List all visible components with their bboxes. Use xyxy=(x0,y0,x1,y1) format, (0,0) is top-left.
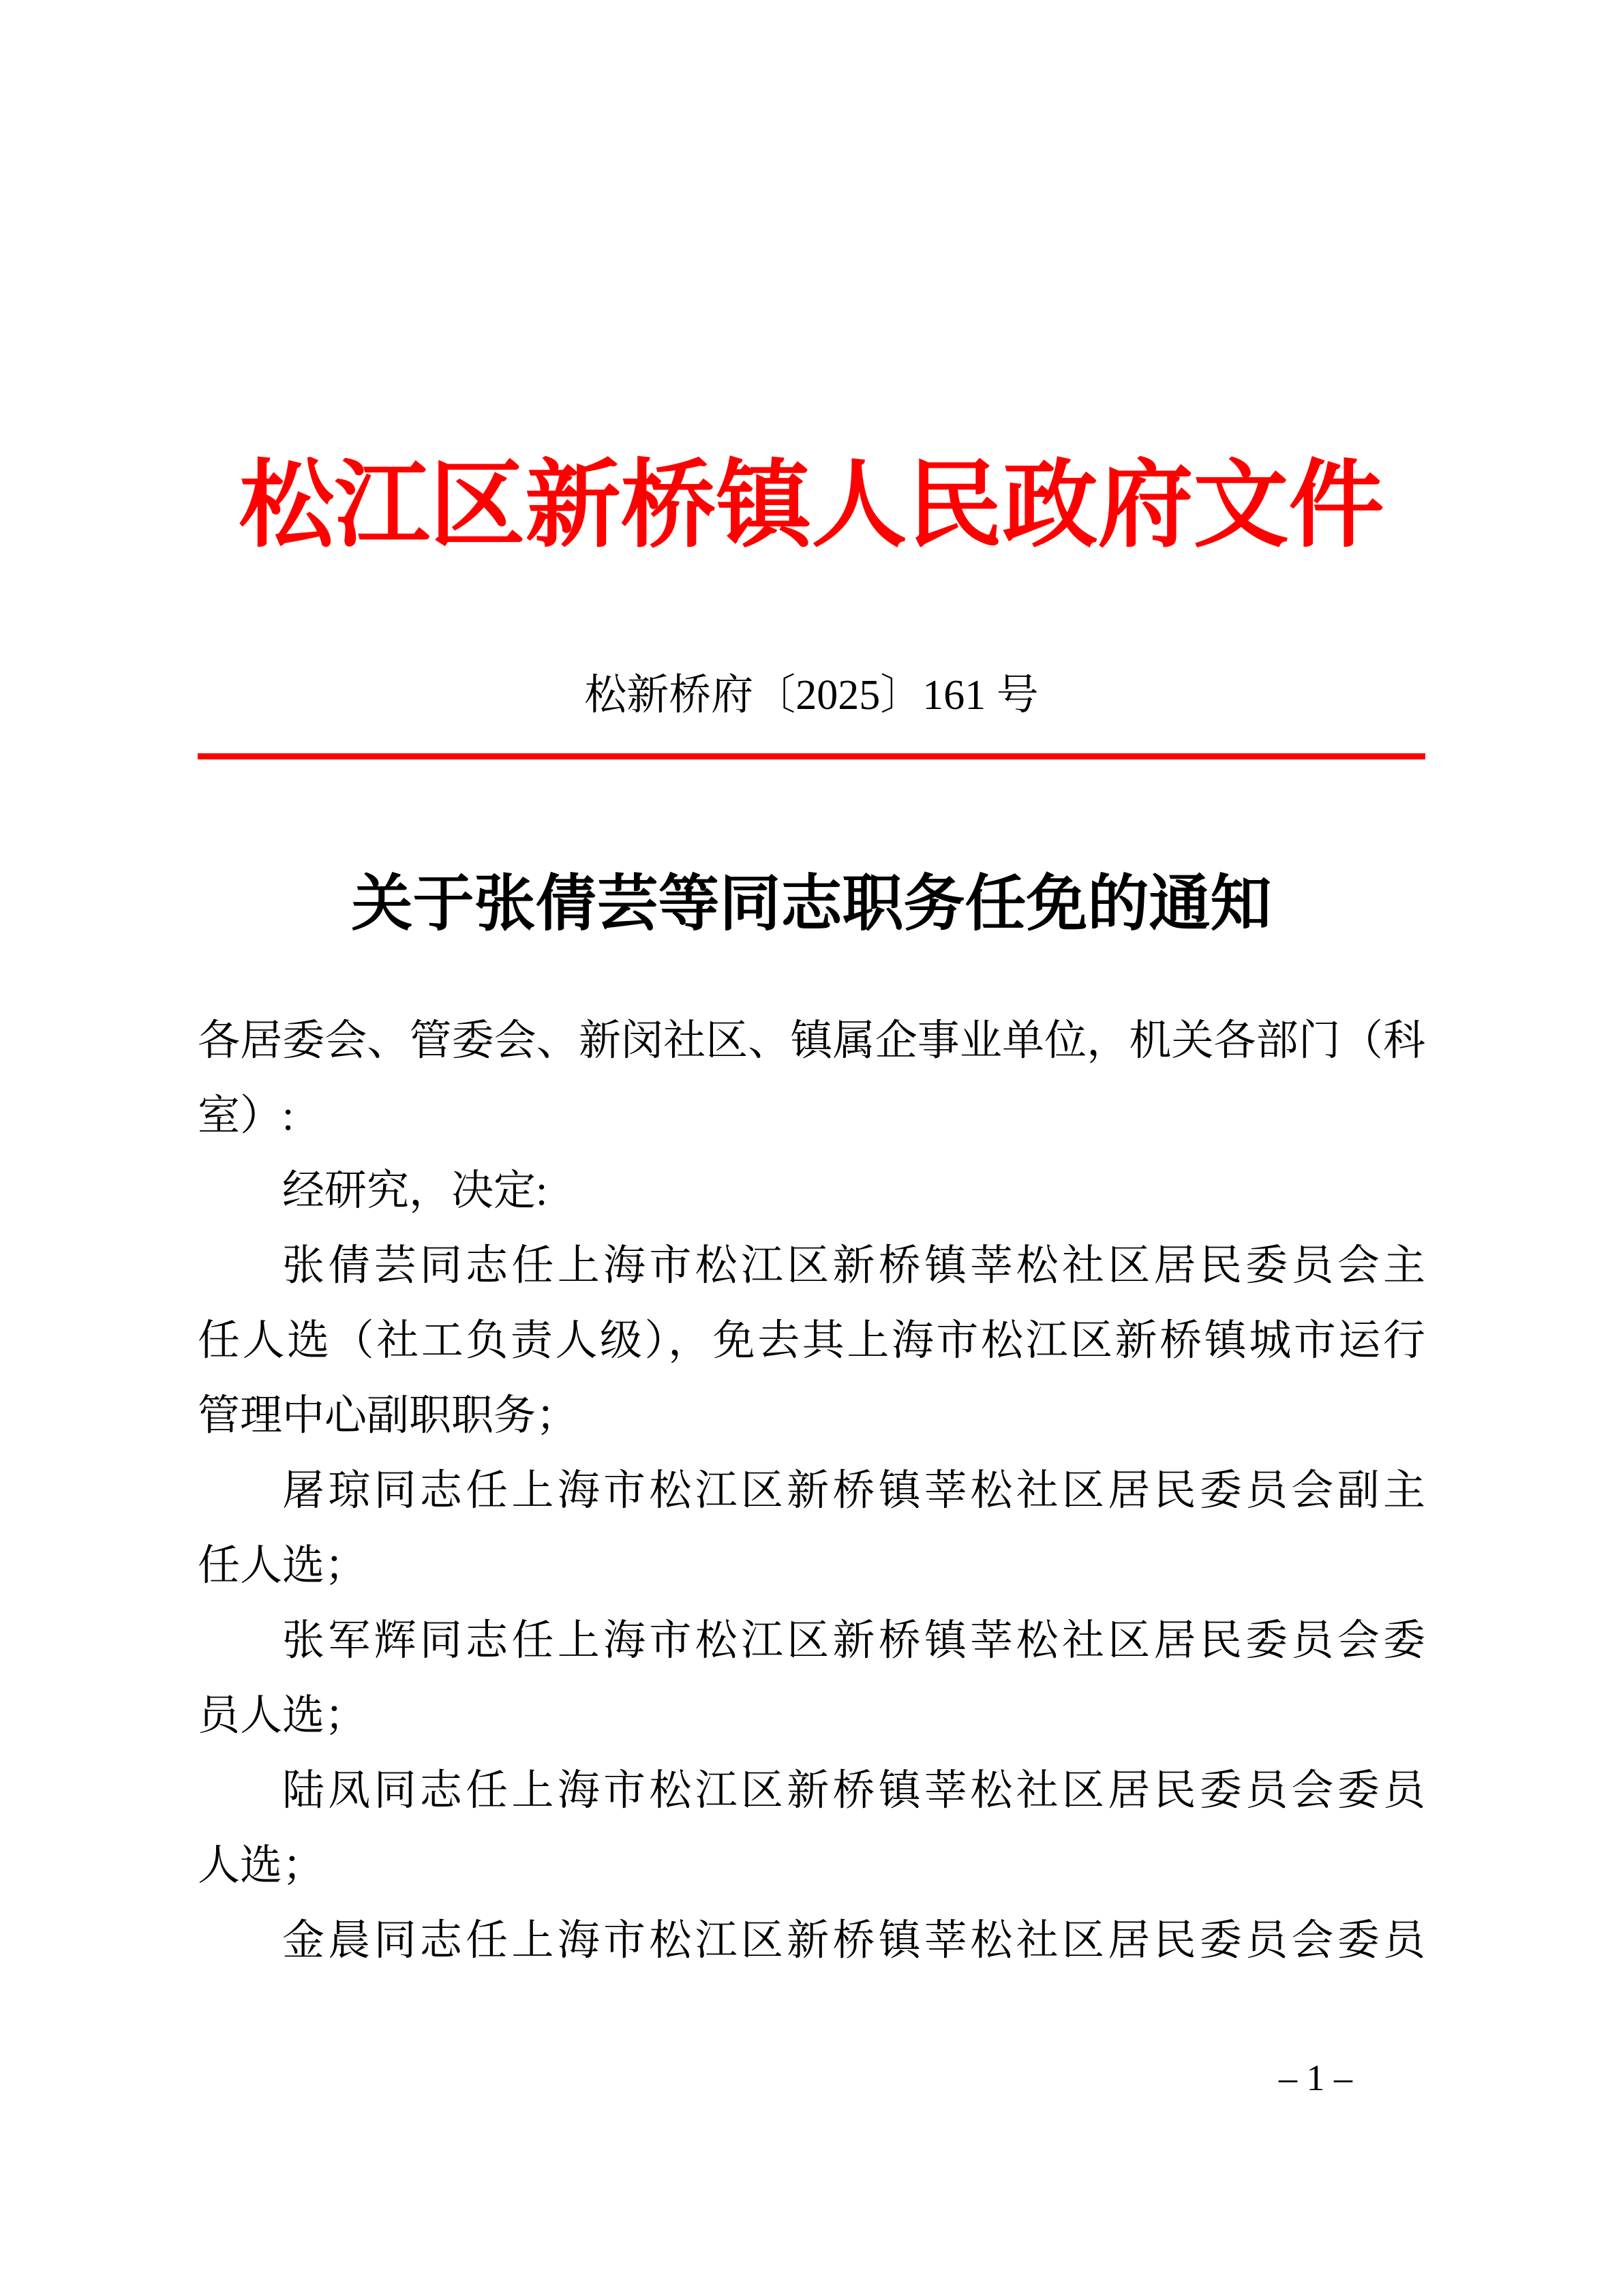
document-line: 管理中心副职职务； xyxy=(198,1378,1425,1453)
document-line: 任人选（社工负责人级），免去其上海市松江区新桥镇城市运行 xyxy=(198,1303,1425,1378)
document-line: 员人选； xyxy=(198,1678,1425,1753)
document-line: 室）: xyxy=(198,1078,1425,1153)
document-line: 任人选； xyxy=(198,1528,1425,1603)
document-line: 张倩芸同志任上海市松江区新桥镇莘松社区居民委员会主 xyxy=(198,1228,1425,1303)
document-line: 人选； xyxy=(198,1828,1425,1903)
document-page: 松江区新桥镇人民政府文件 松新桥府〔2025〕161 号 关于张倩芸等同志职务任… xyxy=(0,0,1623,2296)
masthead-divider-line xyxy=(198,753,1425,759)
document-line: 金晨同志任上海市松江区新桥镇莘松社区居民委员会委员 xyxy=(198,1903,1425,1978)
document-line: 屠琼同志任上海市松江区新桥镇莘松社区居民委员会副主 xyxy=(198,1453,1425,1528)
document-line: 张军辉同志任上海市松江区新桥镇莘松社区居民委员会委 xyxy=(198,1603,1425,1678)
notice-title: 关于张倩芸等同志职务任免的通知 xyxy=(0,860,1623,949)
document-line: 各居委会、管委会、新闵社区、镇属企事业单位，机关各部门（科 xyxy=(198,1003,1425,1078)
document-line: 陆凤同志任上海市松江区新桥镇莘松社区居民委员会委员 xyxy=(198,1753,1425,1828)
document-number: 松新桥府〔2025〕161 号 xyxy=(0,661,1623,729)
agency-masthead-title: 松江区新桥镇人民政府文件 xyxy=(0,442,1623,571)
document-line: 经研究，决定: xyxy=(198,1153,1425,1228)
document-body: 各居委会、管委会、新闵社区、镇属企事业单位，机关各部门（科室）:经研究，决定:张… xyxy=(198,1003,1425,1978)
page-number: – 1 – xyxy=(1279,2051,1352,2105)
